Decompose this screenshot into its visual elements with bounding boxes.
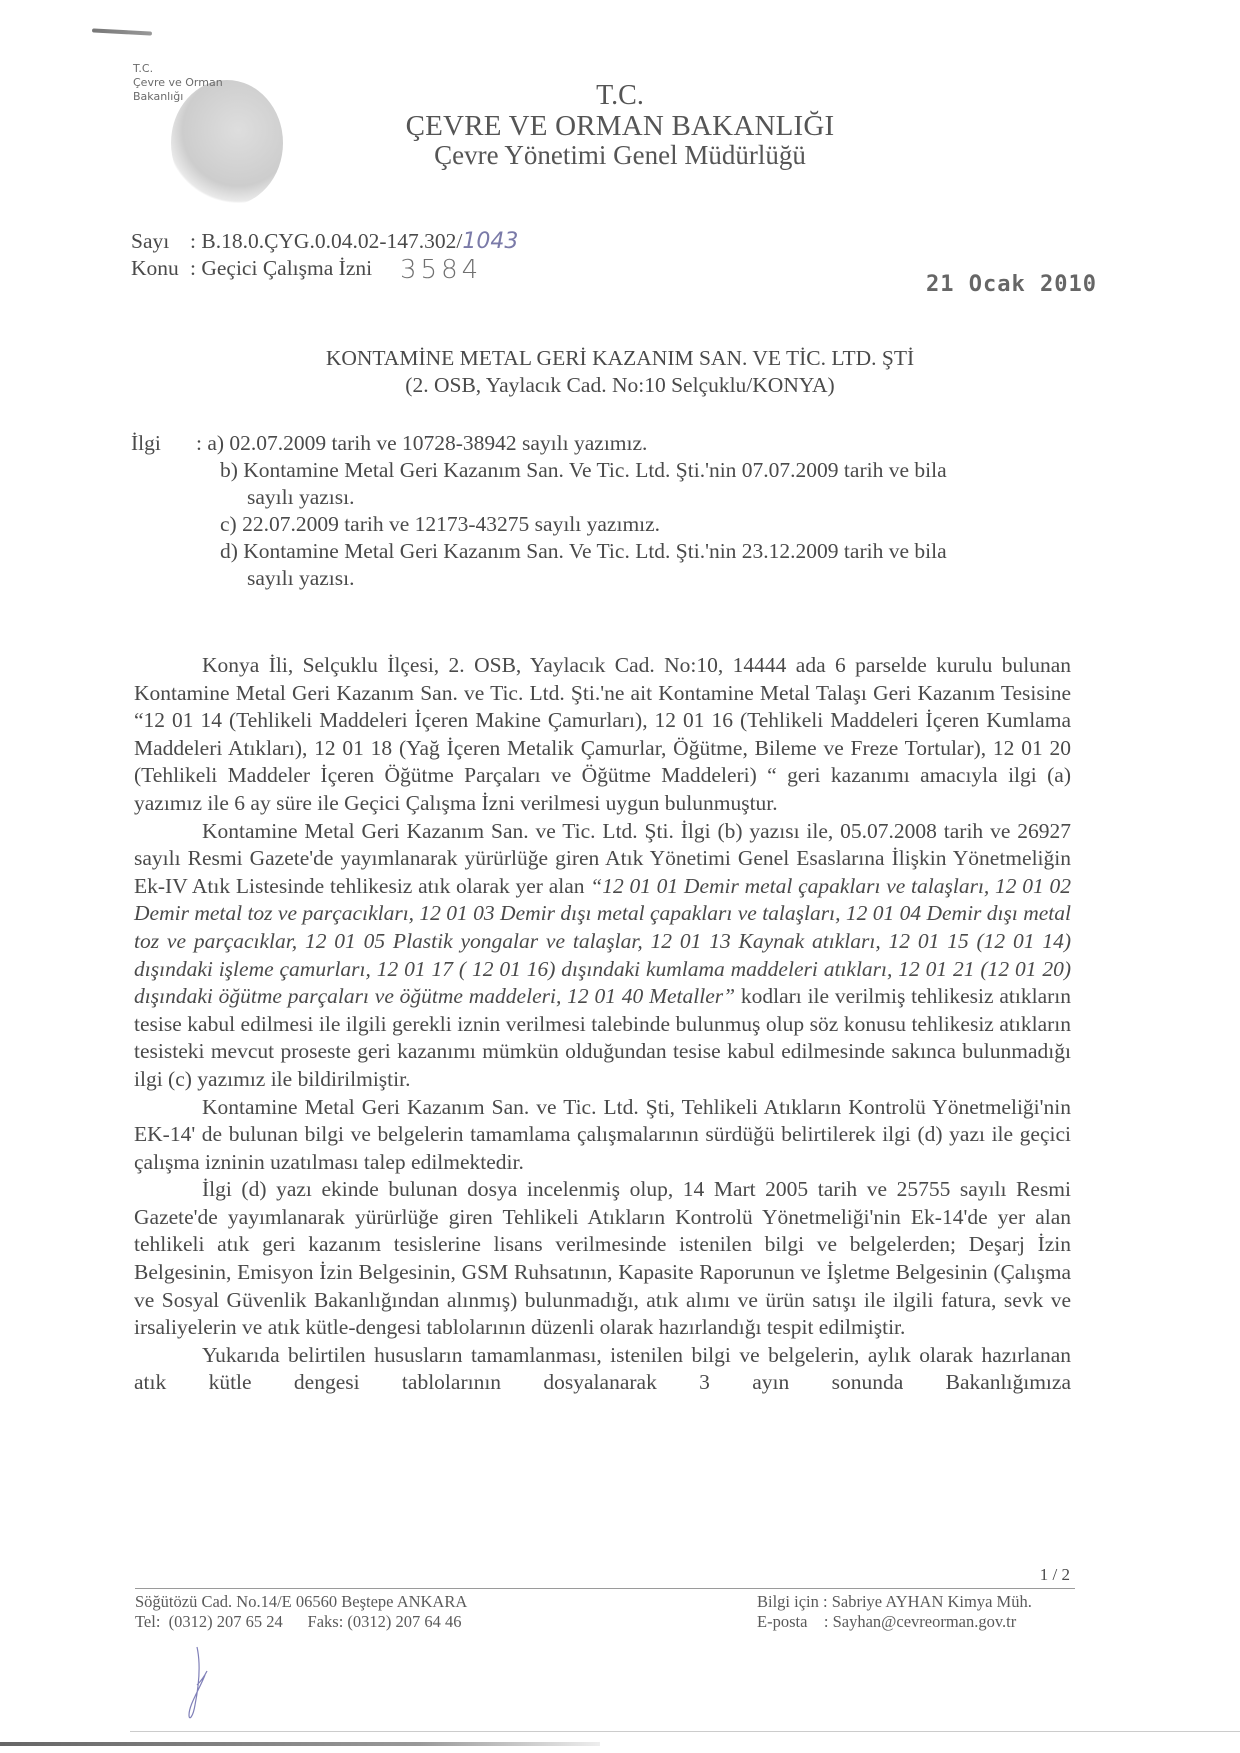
paragraph-1: Konya İli, Selçuklu İlçesi, 2. OSB, Yayl… <box>134 652 1071 818</box>
scan-edge-line <box>130 1731 1240 1732</box>
recipient-name: KONTAMİNE METAL GERİ KAZANIM SAN. VE TİC… <box>0 345 1240 373</box>
konu-label: Konu <box>131 255 191 283</box>
logo-line-1: T.C. <box>133 62 223 76</box>
ilgi-item-d: d) Kontamine Metal Geri Kazanım San. Ve … <box>220 538 947 566</box>
letter-body: Konya İli, Selçuklu İlçesi, 2. OSB, Yayl… <box>134 652 1071 1397</box>
footer-divider <box>135 1588 1075 1589</box>
ilgi-label: İlgi <box>131 430 161 458</box>
paragraph-2: Kontamine Metal Geri Kazanım San. ve Tic… <box>134 818 1071 1094</box>
paragraph-3: Kontamine Metal Geri Kazanım San. ve Tic… <box>134 1094 1071 1177</box>
paragraph-5: Yukarıda belirtilen hususların tamamlanm… <box>134 1342 1071 1397</box>
footer-address: Söğütözü Cad. No.14/E 06560 Beştepe ANKA… <box>135 1592 467 1612</box>
handwritten-number: 1043 <box>462 229 518 254</box>
recipient-address: (2. OSB, Yaylacık Cad. No:10 Selçuklu/KO… <box>0 372 1240 400</box>
page-number: 1 / 2 <box>1030 1565 1070 1585</box>
sayi-value: : B.18.0.ÇYG.0.04.02-147.302/1043 <box>190 228 518 256</box>
header-tc: T.C. <box>0 80 1240 112</box>
footer-email: E-posta : Sayhan@cevreorman.gov.tr <box>757 1612 1016 1632</box>
ilgi-item-b: b) Kontamine Metal Geri Kazanım San. Ve … <box>220 457 947 485</box>
footer-contact: Bilgi için : Sabriye AYHAN Kimya Müh. <box>757 1592 1032 1612</box>
header-ministry: ÇEVRE VE ORMAN BAKANLIĞI <box>0 110 1240 143</box>
signature-icon <box>185 1645 225 1725</box>
ilgi-item-b-cont: sayılı yazısı. <box>247 484 354 512</box>
ilgi-item-d-cont: sayılı yazısı. <box>247 565 354 593</box>
date-stamp: 21 Ocak 2010 <box>926 272 1097 297</box>
footer-phone: Tel: (0312) 207 65 24 Faks: (0312) 207 6… <box>135 1612 462 1632</box>
scan-edge-bar <box>0 1742 600 1746</box>
paragraph-4: İlgi (d) yazı ekinde bulunan dosya incel… <box>134 1176 1071 1342</box>
konu-value: : Geçici Çalışma İzni <box>190 255 372 283</box>
sayi-number: : B.18.0.ÇYG.0.04.02-147.302/ <box>190 229 462 253</box>
ilgi-item-c: c) 22.07.2009 tarih ve 12173-43275 sayıl… <box>220 511 660 539</box>
ilgi-item-a: : a) 02.07.2009 tarih ve 10728-38942 say… <box>196 430 647 458</box>
sayi-label: Sayı <box>131 228 191 256</box>
registry-stamp-number: 3584 <box>400 255 482 285</box>
scan-artifact <box>92 28 152 35</box>
header-directorate: Çevre Yönetimi Genel Müdürlüğü <box>0 140 1240 171</box>
